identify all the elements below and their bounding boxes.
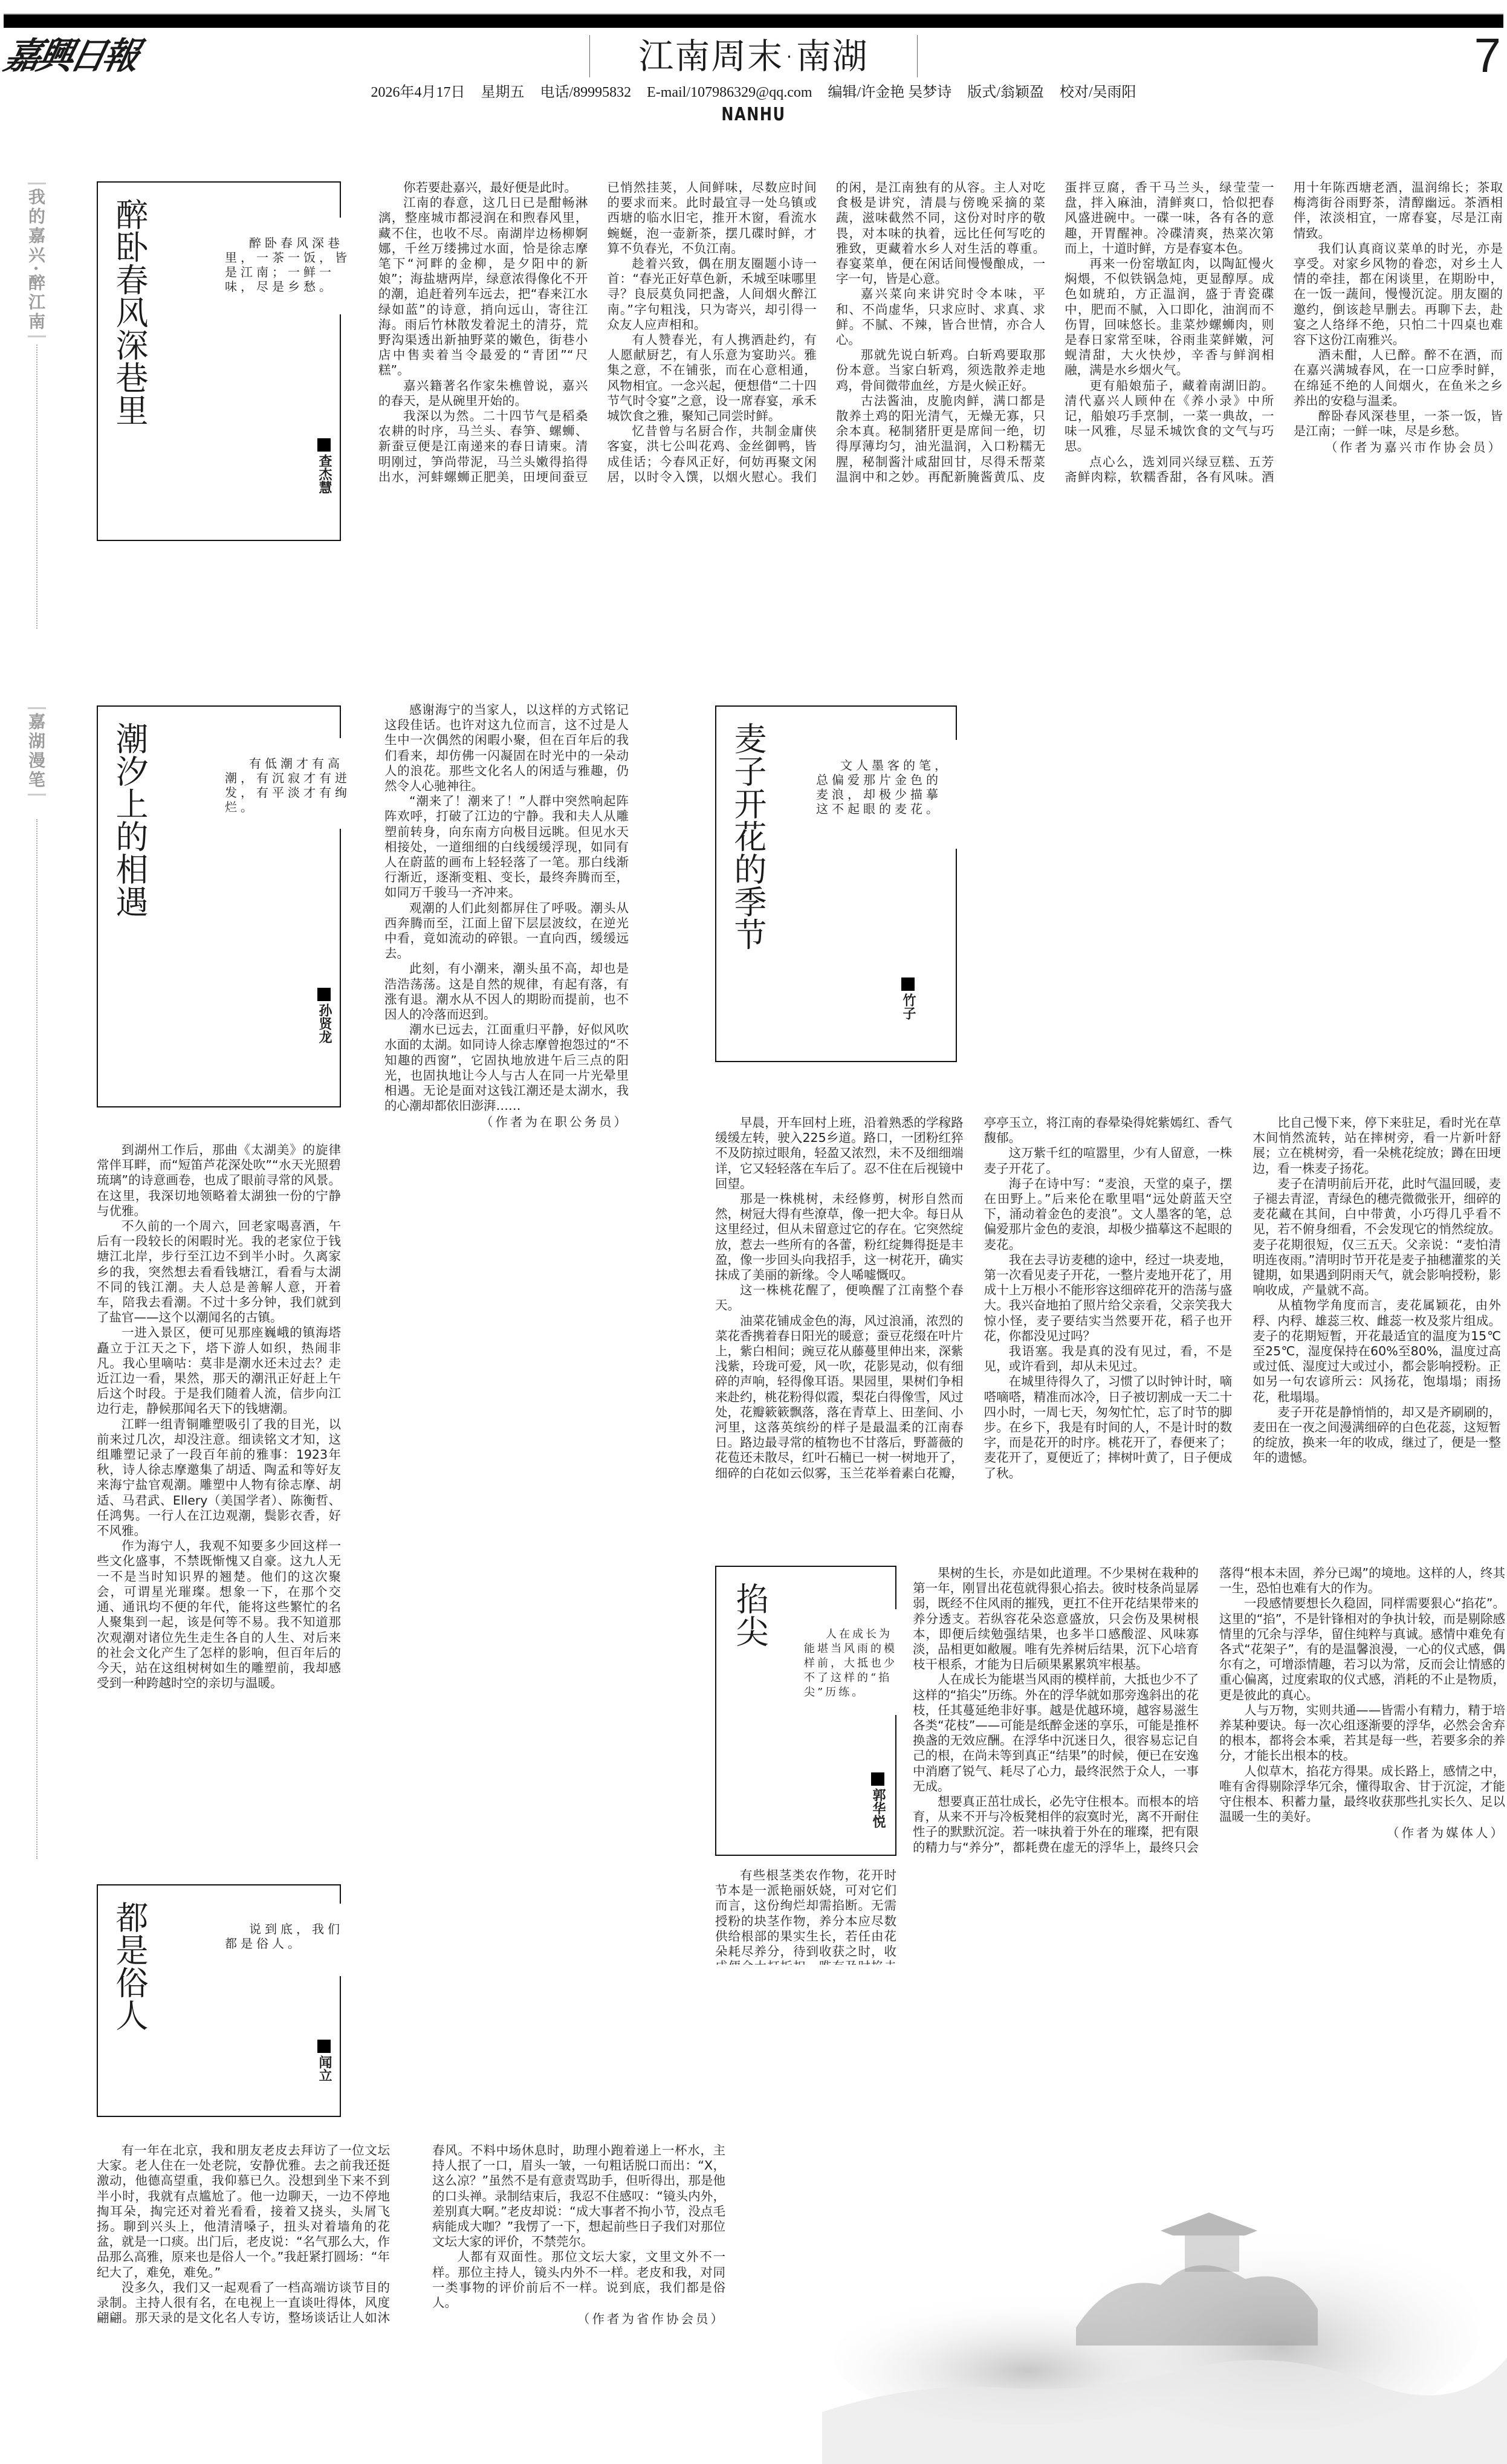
column-divider — [36, 819, 37, 1859]
article-body-col2: 感谢海宁的当家人，以这样的方式铭记这段佳话。也许对这九位而言，这不过是人生中一次… — [384, 702, 629, 1866]
article-body: 有一年在北京，我和朋友老皮去拜访了一位文坛大家。老人住在一处老院，安静优雅。去之… — [97, 2143, 725, 2457]
article-title: 麦子开花的季节 — [731, 722, 764, 950]
column-divider — [36, 345, 37, 629]
section-pinyin: NANHU — [151, 104, 1356, 125]
contact-phone: 电话/89995832 — [540, 85, 631, 100]
article-title-box: 潮汐上的相遇 有低潮才有高潮，有沉寂才有迸发，有平淡才有绚烂。 孙贤龙 — [97, 705, 341, 1107]
article-byline: 竹子 — [901, 977, 915, 1020]
article-body-col1: 有些根茎类农作物，花开时节本是一派艳丽妖娆，可对它们而言，这份绚烂却需掐断。无需… — [715, 1868, 896, 1965]
byline-square-icon — [317, 2040, 331, 2053]
article-body: 早晨，开车回村上班，沿着熟悉的学稼路缓缓左转，驶入225乡道。路口，一团粉红猝不… — [715, 1115, 1501, 1490]
author-note: （作者为嘉兴市作协会员） — [1294, 440, 1503, 455]
masthead-rule — [4, 13, 1503, 28]
author-note: （作者为在职公务员） — [384, 1115, 629, 1130]
article-body: 果树的生长，亦是如此道理。不少果树在栽种的第一年，刚冒出花苞就得狠心掐去。彼时枝… — [913, 1566, 1505, 2134]
byline-square-icon — [317, 438, 331, 452]
byline-square-icon — [871, 1772, 884, 1786]
article-lead: 有低潮才有高潮，有沉寂才有迸发，有平淡才有绚烂。 — [219, 738, 364, 829]
article-title-box: 醉卧春风深巷里 醉卧春风深巷里，一茶一饭，皆是江南；一鲜一味，尽是乡愁。 查杰慧 — [97, 181, 341, 541]
article-lead: 人在成长为能堪当风雨的模样前，大抵也少不了这样的“掐尖”历练。 — [798, 1609, 904, 1715]
article-title: 都是俗人 — [113, 1901, 146, 2031]
article-title-box: 掐尖 人在成长为能堪当风雨的模样前，大抵也少不了这样的“掐尖”历练。 郭华悦 — [715, 1566, 896, 1856]
article-title-box: 麦子开花的季节 文人墨客的笔，总偏爱那片金色的麦浪，却极少描摹这不起眼的麦花。 … — [715, 705, 957, 1062]
issue-date: 2026年4月17日 — [371, 85, 465, 100]
article-title: 潮汐上的相遇 — [113, 722, 146, 918]
article-title: 掐尖 — [731, 1582, 768, 1647]
issue-weekday: 星期五 — [481, 85, 524, 100]
article-title-box: 都是俗人 说到底，我们都是俗人。 闻立 — [97, 1884, 341, 2117]
issue-info: 2026年4月17日 星期五 电话/89995832 E-mail/107986… — [0, 80, 1507, 101]
byline-square-icon — [901, 977, 915, 991]
article-lead: 醉卧春风深巷里，一茶一饭，皆是江南；一鲜一味，尽是乡愁。 — [219, 218, 364, 314]
editors: 编辑/许金艳 吴梦诗 — [828, 85, 952, 100]
author-note: （作者为省作协会员） — [432, 2312, 725, 2327]
article-byline: 孙贤龙 — [317, 988, 331, 1043]
article-lead: 说到底，我们都是俗人。 — [219, 1904, 364, 1976]
article-body-col1: 到湖州工作后，那曲《太湖美》的旋律常伴耳畔，而“短笛芦花深处吹”“水天光照碧琉璃… — [97, 1143, 341, 1838]
article-byline: 查杰慧 — [317, 438, 331, 494]
article-byline: 闻立 — [317, 2040, 331, 2082]
author-note: （作者为媒体人） — [1219, 1826, 1505, 1841]
article-lead: 文人墨客的笔，总偏爱那片金色的麦浪，却极少描摹这不起眼的麦花。 — [810, 740, 961, 849]
byline-square-icon — [317, 988, 331, 1001]
layout-designer: 版式/翁颖盈 — [967, 85, 1044, 100]
newspaper-logo: 嘉興日報 — [1, 35, 140, 77]
column-tag-1: 我的嘉兴·醉江南 — [28, 183, 46, 337]
page-number: 7 — [1474, 31, 1502, 80]
column-tag-2: 嘉湖漫笔 — [28, 707, 46, 796]
article-title: 醉卧春风深巷里 — [113, 198, 146, 426]
article-body: 你若要赴嘉兴，最好便是此时。 江南的春意，这几日已是酣畅淋漓，整座城市都浸润在和… — [378, 180, 1503, 652]
section-title: 江南周末·南湖 — [121, 35, 1386, 77]
contact-email: E-mail/107986329@qq.com — [647, 85, 812, 100]
proofreader: 校对/吴雨阳 — [1060, 85, 1136, 100]
ink-landscape-illustration — [822, 2128, 1507, 2464]
article-byline: 郭华悦 — [870, 1772, 885, 1828]
